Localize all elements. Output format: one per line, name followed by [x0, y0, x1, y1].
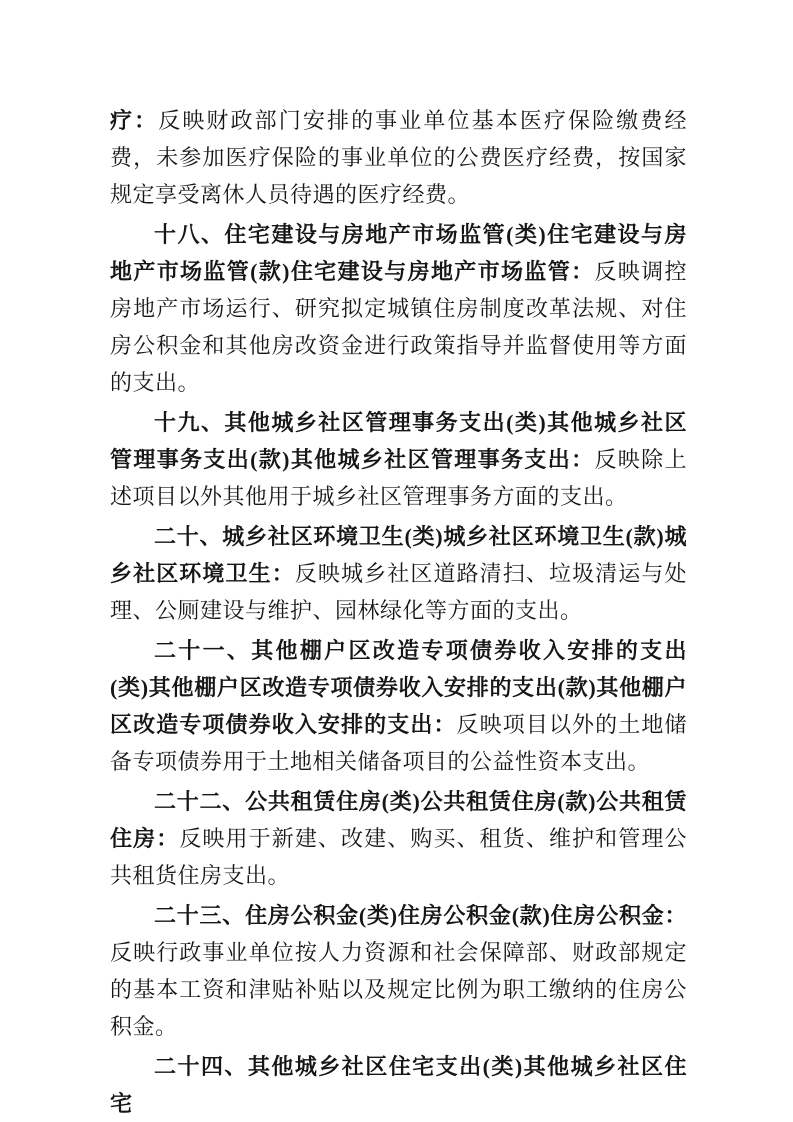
- paragraph-medical-continuation: 疗：反映财政部门安排的事业单位基本医疗保险缴费经费，未参加医疗保险的事业单位的公…: [110, 102, 687, 213]
- document-page: 疗：反映财政部门安排的事业单位基本医疗保险缴费经费，未参加医疗保险的事业单位的公…: [0, 0, 793, 1122]
- paragraph-clause-20: 二十、城乡社区环境卫生(类)城乡社区环境卫生(款)城乡社区环境卫生：反映城乡社区…: [110, 518, 687, 629]
- paragraph-clause-24: 二十四、其他城乡社区住宅支出(类)其他城乡社区住宅: [110, 1048, 687, 1122]
- paragraph-clause-21: 二十一、其他棚户区改造专项债券收入安排的支出(类)其他棚户区改造专项债券收入安排…: [110, 632, 687, 780]
- paragraph-clause-19: 十九、其他城乡社区管理事务支出(类)其他城乡社区管理事务支出(款)其他城乡社区管…: [110, 404, 687, 515]
- clause-text: 反映财政部门安排的事业单位基本医疗保险缴费经费，未参加医疗保险的事业单位的公费医…: [110, 108, 687, 207]
- clause-lead: 疗：: [110, 108, 158, 133]
- clause-lead: 二十三、住房公积金(类)住房公积金(款)住房公积金：: [154, 903, 687, 928]
- paragraph-clause-22: 二十二、公共租赁住房(类)公共租赁住房(款)公共租赁住房：反映用于新建、改建、购…: [110, 783, 687, 894]
- clause-lead: 二十四、其他城乡社区住宅支出(类)其他城乡社区住宅: [110, 1054, 687, 1116]
- clause-text: 反映用于新建、改建、购买、租货、维护和管理公共租货住房支出。: [110, 826, 687, 888]
- document-body: 疗：反映财政部门安排的事业单位基本医疗保险缴费经费，未参加医疗保险的事业单位的公…: [110, 102, 687, 1122]
- paragraph-clause-18: 十八、住宅建设与房地产市场监管(类)住宅建设与房地产市场监管(款)住宅建设与房地…: [110, 216, 687, 401]
- clause-text: 反映行政事业单位按人力资源和社会保障部、财政部规定的基本工资和津贴补贴以及规定比…: [110, 940, 687, 1039]
- paragraph-clause-23: 二十三、住房公积金(类)住房公积金(款)住房公积金：反映行政事业单位按人力资源和…: [110, 897, 687, 1045]
